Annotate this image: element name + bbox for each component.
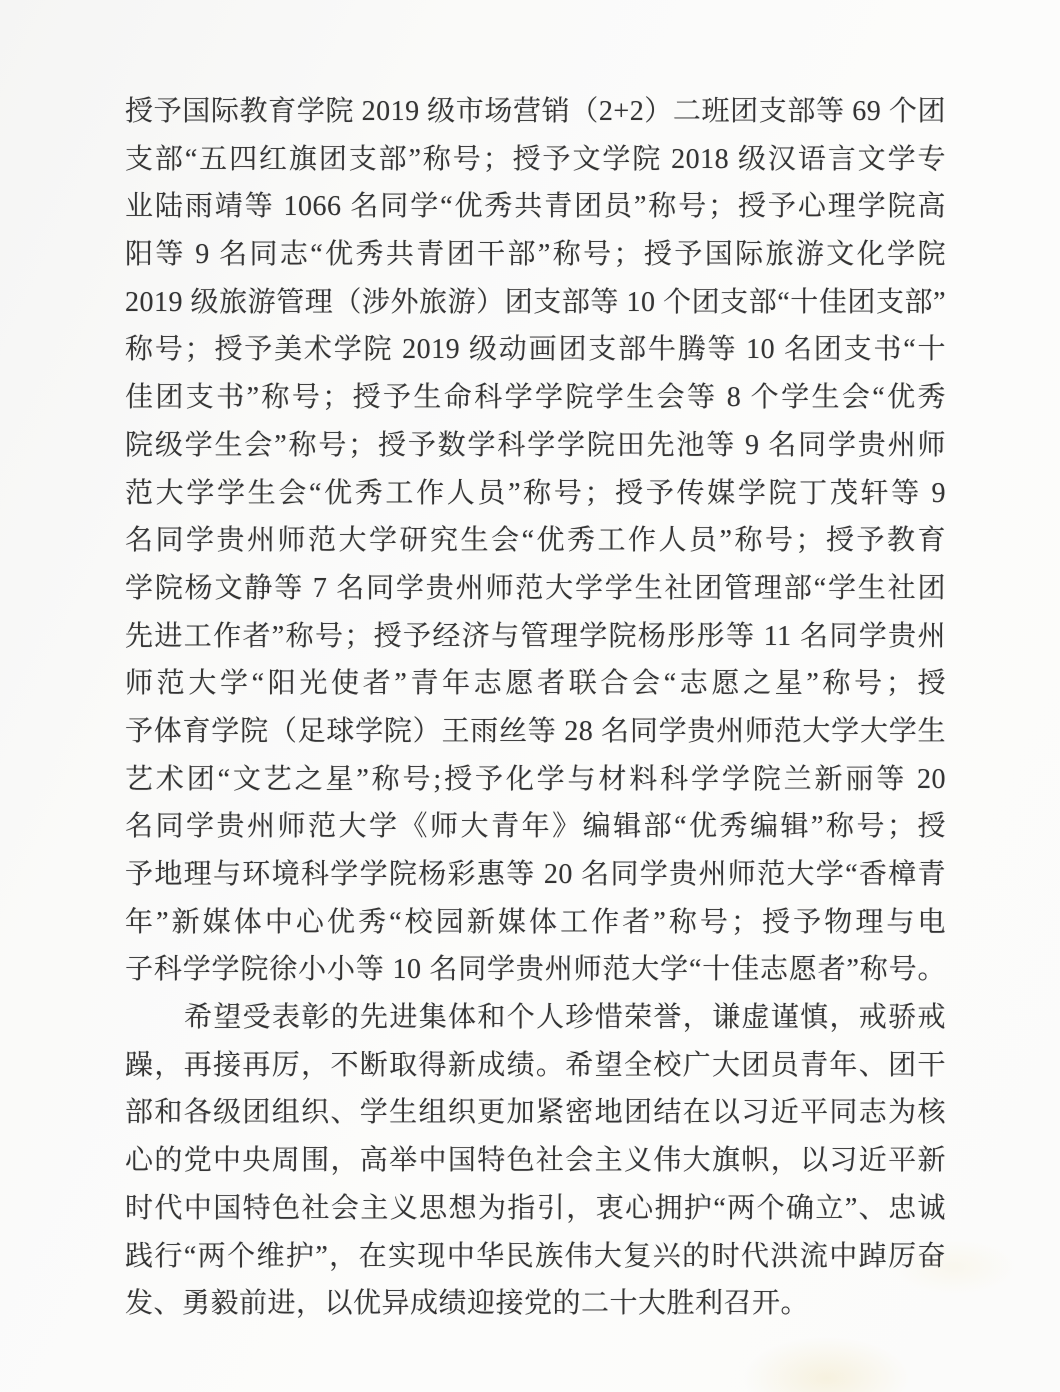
text-line: 称号；授予美术学院 2019 级动画团支部牛腾等 10 名团支书“十 <box>125 326 946 374</box>
document-page: 授予国际教育学院 2019 级市场营销（2+2）二班团支部等 69 个团 支部“… <box>0 0 1060 1392</box>
text-line: 授予国际教育学院 2019 级市场营销（2+2）二班团支部等 69 个团 <box>125 88 946 136</box>
text-line: 心的党中央周围，高举中国特色社会主义伟大旗帜，以习近平新 <box>125 1137 946 1185</box>
paragraph-awards: 授予国际教育学院 2019 级市场营销（2+2）二班团支部等 69 个团 支部“… <box>125 88 946 994</box>
text-line: 子科学学院徐小小等 10 名同学贵州师范大学“十佳志愿者”称号。 <box>125 946 946 994</box>
body-text: 授予国际教育学院 2019 级市场营销（2+2）二班团支部等 69 个团 支部“… <box>125 88 946 1328</box>
text-line: 践行“两个维护”，在实现中华民族伟大复兴的时代洪流中踔厉奋 <box>125 1233 946 1281</box>
paragraph-hope: 希望受表彰的先进集体和个人珍惜荣誉，谦虚谨慎，戒骄戒 躁，再接再厉，不断取得新成… <box>125 994 946 1328</box>
text-line: 先进工作者”称号；授予经济与管理学院杨彤彤等 11 名同学贵州 <box>125 613 946 661</box>
text-line: 部和各级团组织、学生组织更加紧密地团结在以习近平同志为核 <box>125 1089 946 1137</box>
text-line: 时代中国特色社会主义思想为指引，衷心拥护“两个确立”、忠诚 <box>125 1185 946 1233</box>
text-line: 学院杨文静等 7 名同学贵州师范大学学生社团管理部“学生社团 <box>125 565 946 613</box>
text-line: 予地理与环境科学学院杨彩惠等 20 名同学贵州师范大学“香樟青 <box>125 851 946 899</box>
text-line: 艺术团“文艺之星”称号;授予化学与材料科学学院兰新丽等 20 <box>125 756 946 804</box>
text-line: 范大学学生会“优秀工作人员”称号；授予传媒学院丁茂轩等 9 <box>125 470 946 518</box>
text-line: 躁，再接再厉，不断取得新成绩。希望全校广大团员青年、团干 <box>125 1042 946 1090</box>
text-line: 院级学生会”称号；授予数学科学学院田先池等 9 名同学贵州师 <box>125 422 946 470</box>
text-line: 年”新媒体中心优秀“校园新媒体工作者”称号；授予物理与电 <box>125 899 946 947</box>
text-line: 名同学贵州师范大学《师大青年》编辑部“优秀编辑”称号；授 <box>125 803 946 851</box>
text-line: 业陆雨靖等 1066 名同学“优秀共青团员”称号；授予心理学院高 <box>125 183 946 231</box>
text-line: 予体育学院（足球学院）王雨丝等 28 名同学贵州师范大学大学生 <box>125 708 946 756</box>
text-line: 佳团支书”称号；授予生命科学学院学生会等 8 个学生会“优秀 <box>125 374 946 422</box>
text-line: 名同学贵州师范大学研究生会“优秀工作人员”称号；授予教育 <box>125 517 946 565</box>
text-line: 发、勇毅前进，以优异成绩迎接党的二十大胜利召开。 <box>125 1280 946 1328</box>
text-line: 希望受表彰的先进集体和个人珍惜荣誉，谦虚谨慎，戒骄戒 <box>125 994 946 1042</box>
text-line: 阳等 9 名同志“优秀共青团干部”称号；授予国际旅游文化学院 <box>125 231 946 279</box>
text-line: 2019 级旅游管理（涉外旅游）团支部等 10 个团支部“十佳团支部” <box>125 279 946 327</box>
text-line: 师范大学“阳光使者”青年志愿者联合会“志愿之星”称号；授 <box>125 660 946 708</box>
text-line: 支部“五四红旗团支部”称号；授予文学院 2018 级汉语言文学专 <box>125 136 946 184</box>
